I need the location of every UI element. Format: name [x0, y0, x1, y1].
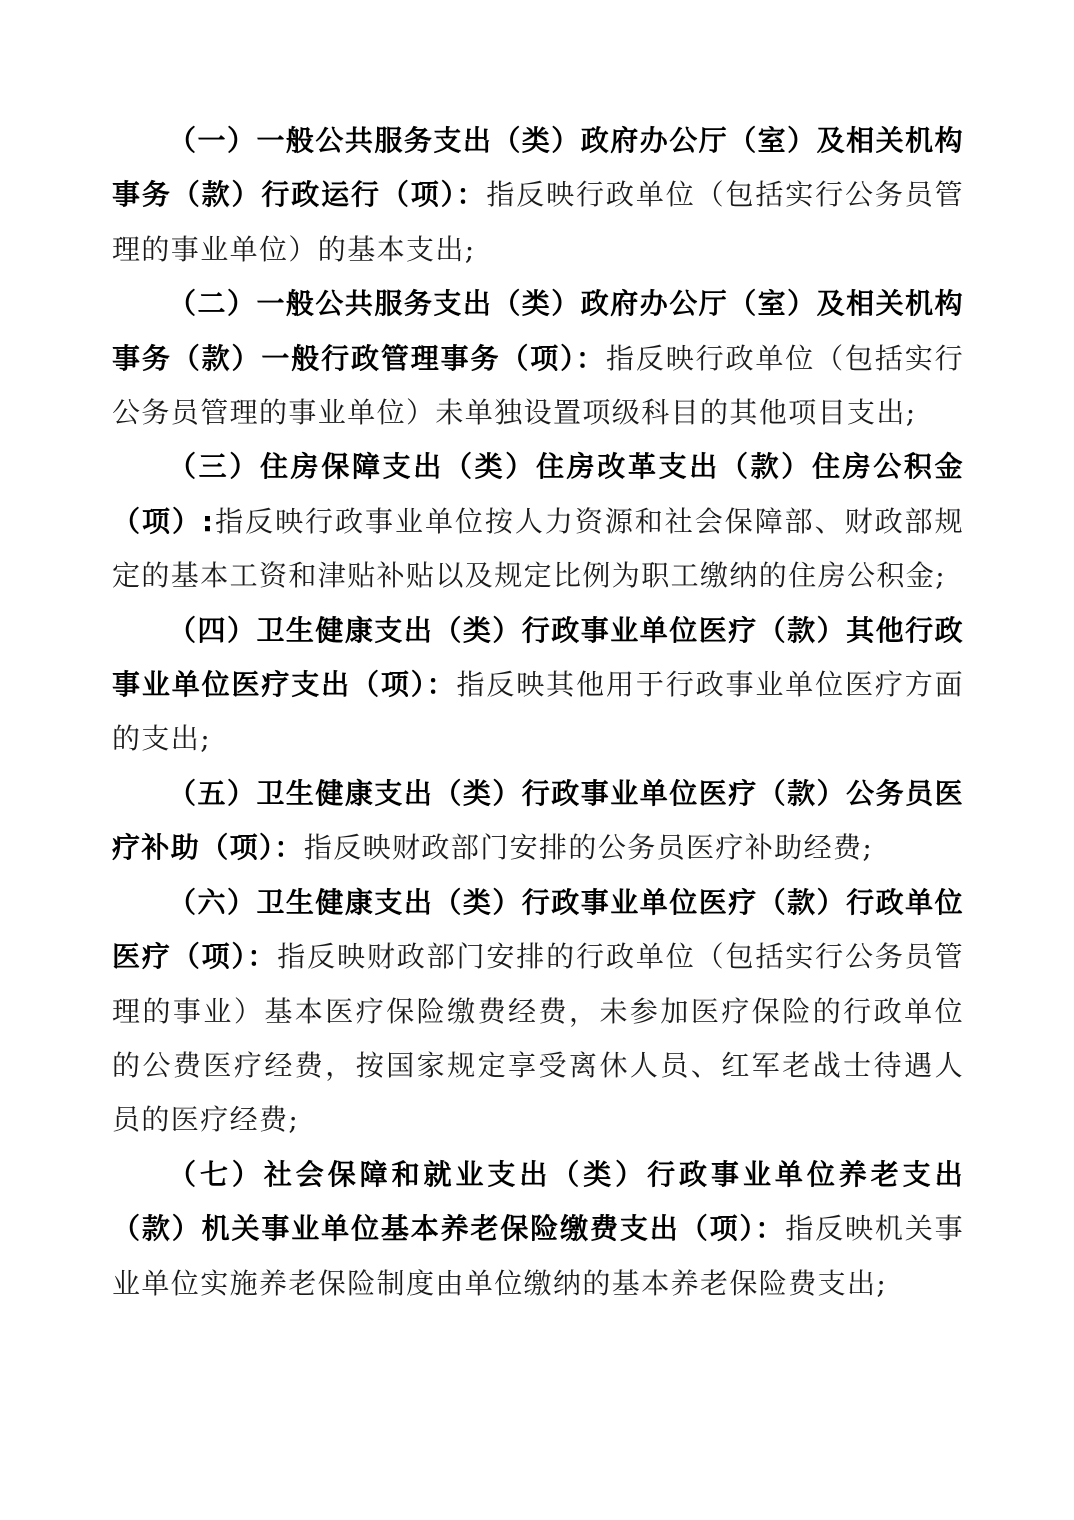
item-description: 指反映财政部门安排的公务员医疗补助经费;	[304, 831, 873, 864]
paragraph-item-3: （三）住房保障支出（类）住房改革支出（款）住房公积金（项）:指反映行政事业单位按…	[112, 440, 964, 603]
paragraph-item-6: （六）卫生健康支出（类）行政事业单位医疗（款）行政单位医疗（项）：指反映财政部门…	[112, 876, 964, 1148]
paragraph-item-2: （二）一般公共服务支出（类）政府办公厅（室）及相关机构事务（款）一般行政管理事务…	[112, 277, 964, 440]
paragraph-item-1: （一）一般公共服务支出（类）政府办公厅（室）及相关机构事务（款）行政运行（项）：…	[112, 114, 964, 277]
item-description: 指反映行政事业单位按人力资源和社会保障部、财政部规定的基本工资和津贴补贴以及规定…	[112, 505, 964, 592]
paragraph-item-7: （七）社会保障和就业支出（类）行政事业单位养老支出（款）机关事业单位基本养老保险…	[112, 1148, 964, 1311]
paragraph-item-4: （四）卫生健康支出（类）行政事业单位医疗（款）其他行政事业单位医疗支出（项）：指…	[112, 604, 964, 767]
paragraph-item-5: （五）卫生健康支出（类）行政事业单位医疗（款）公务员医疗补助（项）：指反映财政部…	[112, 767, 964, 876]
document-page: （一）一般公共服务支出（类）政府办公厅（室）及相关机构事务（款）行政运行（项）：…	[112, 114, 964, 1311]
